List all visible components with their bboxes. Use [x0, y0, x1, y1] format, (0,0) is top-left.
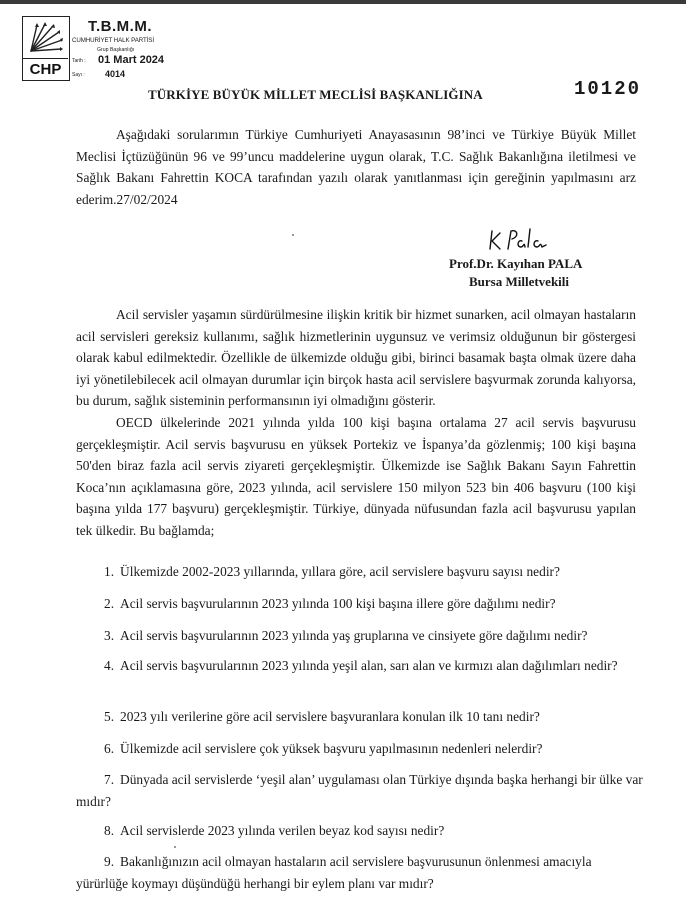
party-logo: CHP	[22, 16, 70, 81]
body-text-2: OECD ülkelerinde 2021 yılında yılda 100 …	[76, 415, 636, 538]
question-number: 1.	[104, 564, 114, 579]
signer-name: Prof.Dr. Kayıhan PALA	[449, 256, 582, 272]
body-text-1: Acil servisler yaşamın sürdürülmesine il…	[76, 307, 636, 408]
intro-text: Aşağıdaki sorularımın Türkiye Cumhuriyet…	[76, 127, 636, 207]
question-text: 2023 yılı verilerine göre acil servisler…	[120, 709, 540, 724]
question-text: Ülkemizde acil servislere çok yüksek baş…	[120, 741, 542, 756]
question-number: 4.	[104, 658, 114, 673]
body-paragraph-2: OECD ülkelerinde 2021 yılında yılda 100 …	[76, 412, 636, 542]
question-number: 3.	[104, 628, 114, 643]
group-office: Grup Başkanlığı	[97, 47, 134, 53]
question-number: 6.	[104, 741, 114, 756]
party-logo-text: CHP	[23, 60, 68, 80]
party-name: CUMHURİYET HALK PARTİSİ	[72, 37, 154, 44]
question-number: 7.	[104, 772, 114, 787]
scan-speck	[174, 846, 176, 848]
question-number: 8.	[104, 823, 114, 838]
intro-paragraph: Aşağıdaki sorularımın Türkiye Cumhuriyet…	[76, 124, 636, 210]
registry-stamp: CHP T.B.M.M. CUMHURİYET HALK PARTİSİ Gru…	[22, 16, 202, 82]
question-number: 2.	[104, 596, 114, 611]
question-text: Dünyada acil servislerde ‘yeşil alan’ uy…	[76, 772, 643, 809]
question-text: Acil servis başvurularının 2023 yılında …	[120, 596, 555, 611]
question-item: 3.Acil servis başvurularının 2023 yılınd…	[104, 625, 644, 647]
chp-six-arrows-icon	[23, 17, 68, 59]
question-item: 7.Dünyada acil servislerde ‘yeşil alan’ …	[76, 769, 646, 812]
handwritten-signature	[488, 225, 558, 258]
question-item: 9.Bakanlığınızın acil olmayan hastaların…	[76, 851, 646, 894]
question-item: 6.Ülkemizde acil servislere çok yüksek b…	[104, 738, 644, 760]
number-value: 4014	[105, 69, 125, 79]
question-item: 8.Acil servislerde 2023 yılında verilen …	[104, 820, 644, 842]
number-label: Sayı :	[72, 72, 85, 78]
question-number: 5.	[104, 709, 114, 724]
registry-number: 10120	[574, 78, 641, 100]
question-text: Acil servislerde 2023 yılında verilen be…	[120, 823, 444, 838]
question-item: 1.Ülkemizde 2002-2023 yıllarında, yıllar…	[104, 561, 644, 583]
document-heading: TÜRKİYE BÜYÜK MİLLET MECLİSİ BAŞKANLIĞIN…	[148, 87, 483, 103]
question-text: Acil servis başvurularının 2023 yılında …	[120, 628, 587, 643]
question-text: Bakanlığınızın acil olmayan hastaların a…	[76, 854, 592, 891]
question-text: Acil servis başvurularının 2023 yılında …	[120, 658, 618, 673]
question-item: 5.2023 yılı verilerine göre acil servisl…	[104, 706, 644, 728]
question-text: Ülkemizde 2002-2023 yıllarında, yıllara …	[120, 564, 560, 579]
question-number: 9.	[104, 854, 114, 869]
date-value: 01 Mart 2024	[98, 54, 164, 66]
body-paragraph-1: Acil servisler yaşamın sürdürülmesine il…	[76, 304, 636, 412]
scan-speck	[292, 234, 294, 236]
question-item: 2.Acil servis başvurularının 2023 yılınd…	[104, 593, 644, 615]
date-label: Tarih :	[72, 58, 86, 64]
signer-title: Bursa Milletvekili	[469, 274, 569, 290]
question-item: 4.Acil servis başvurularının 2023 yılınd…	[76, 655, 646, 677]
scan-top-edge	[0, 0, 686, 4]
institution-name: T.B.M.M.	[88, 18, 152, 35]
